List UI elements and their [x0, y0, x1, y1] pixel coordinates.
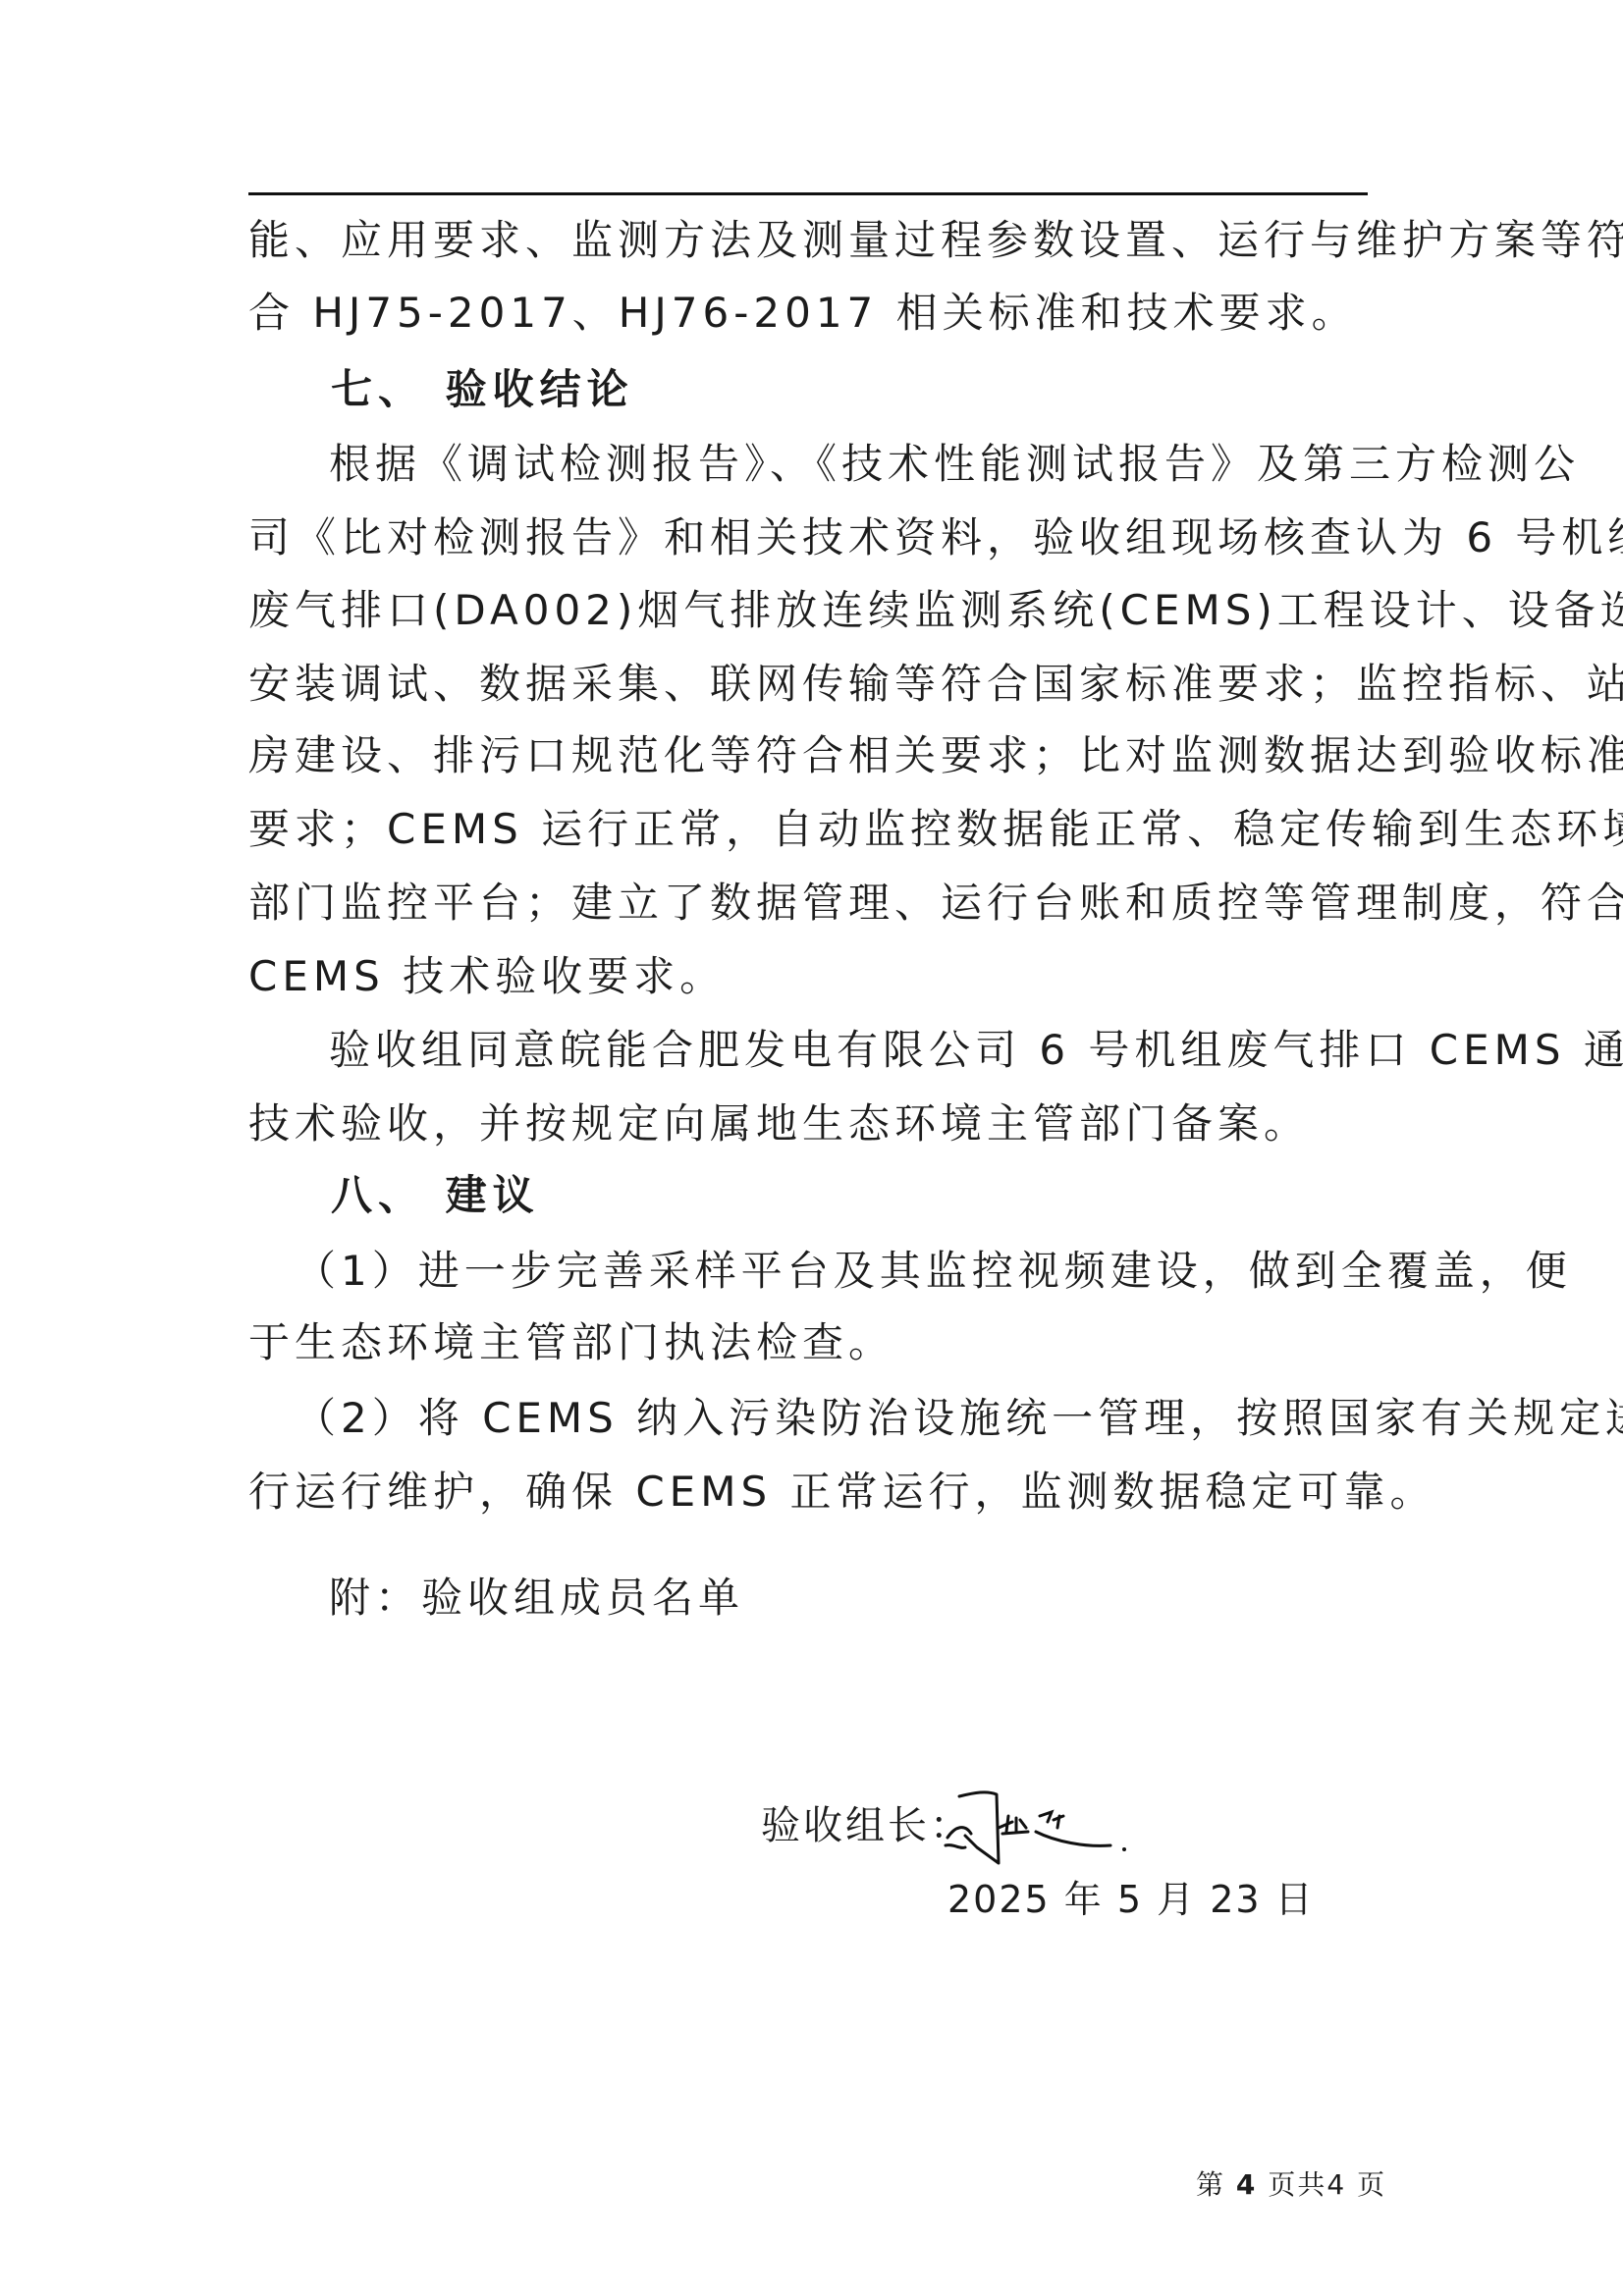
body-text-line: CEMS 技术验收要求。 [248, 952, 1378, 1001]
suggestion-item-2: （2）将 CEMS 纳入污染防治设施统一管理，按照国家有关规定进 [295, 1394, 1368, 1443]
body-text-line: 废气排口(DA002)烟气排放连续监测系统(CEMS)工程设计、设备选型、 [248, 586, 1368, 635]
body-text-line: 合 HJ75-2017、HJ76-2017 相关标准和技术要求。 [248, 289, 1378, 338]
document-page: 能、应用要求、监测方法及测量过程参数设置、运行与维护方案等符 合 HJ75-20… [0, 0, 1623, 2296]
body-text-line: 能、应用要求、监测方法及测量过程参数设置、运行与维护方案等符 [248, 216, 1368, 265]
body-text-line: 部门监控平台；建立了数据管理、运行台账和质控等管理制度，符合 [248, 879, 1368, 928]
body-text-line: 司《比对检测报告》和相关技术资料，验收组现场核查认为 6 号机组 [248, 513, 1368, 562]
handwritten-signature-icon [938, 1777, 1154, 1865]
body-text-line: 安装调试、数据采集、联网传输等符合国家标准要求；监控指标、站 [248, 660, 1368, 709]
section-heading-conclusion: 七、 验收结论 [331, 365, 634, 414]
suggestion-item-1: （1）进一步完善采样平台及其监控视频建设，做到全覆盖，便 [295, 1247, 1368, 1296]
section-heading-suggestions: 八、 建议 [331, 1171, 540, 1220]
body-text-line: 行运行维护，确保 CEMS 正常运行，监测数据稳定可靠。 [248, 1468, 1378, 1517]
body-text-line: 要求；CEMS 运行正常，自动监控数据能正常、稳定传输到生态环境 [248, 805, 1368, 854]
footer-current-page: 4 [1236, 2168, 1257, 2201]
body-text-line: 技术验收，并按规定向属地生态环境主管部门备案。 [248, 1099, 1378, 1148]
body-text-line: 根据《调试检测报告》、《技术性能测试报告》及第三方检测公 [329, 440, 1448, 489]
page-footer: 第 4 页共4 页 [1196, 2167, 1386, 2203]
footer-prefix: 第 [1196, 2168, 1225, 2201]
footer-middle: 页共 [1268, 2168, 1326, 2201]
footer-total-pages: 4 [1326, 2168, 1346, 2201]
body-text-line: 验收组同意皖能合肥发电有限公司 6 号机组废气排口 CEMS 通过 [329, 1026, 1448, 1075]
signoff-date: 2025 年 5 月 23 日 [947, 1875, 1315, 1924]
header-divider [248, 192, 1368, 195]
body-text-line: 于生态环境主管部门执法检查。 [248, 1318, 1378, 1367]
body-text-line: 房建设、排污口规范化等符合相关要求；比对监测数据达到验收标准 [248, 731, 1368, 780]
footer-suffix: 页 [1357, 2168, 1386, 2201]
attachment-note: 附：验收组成员名单 [329, 1574, 744, 1623]
